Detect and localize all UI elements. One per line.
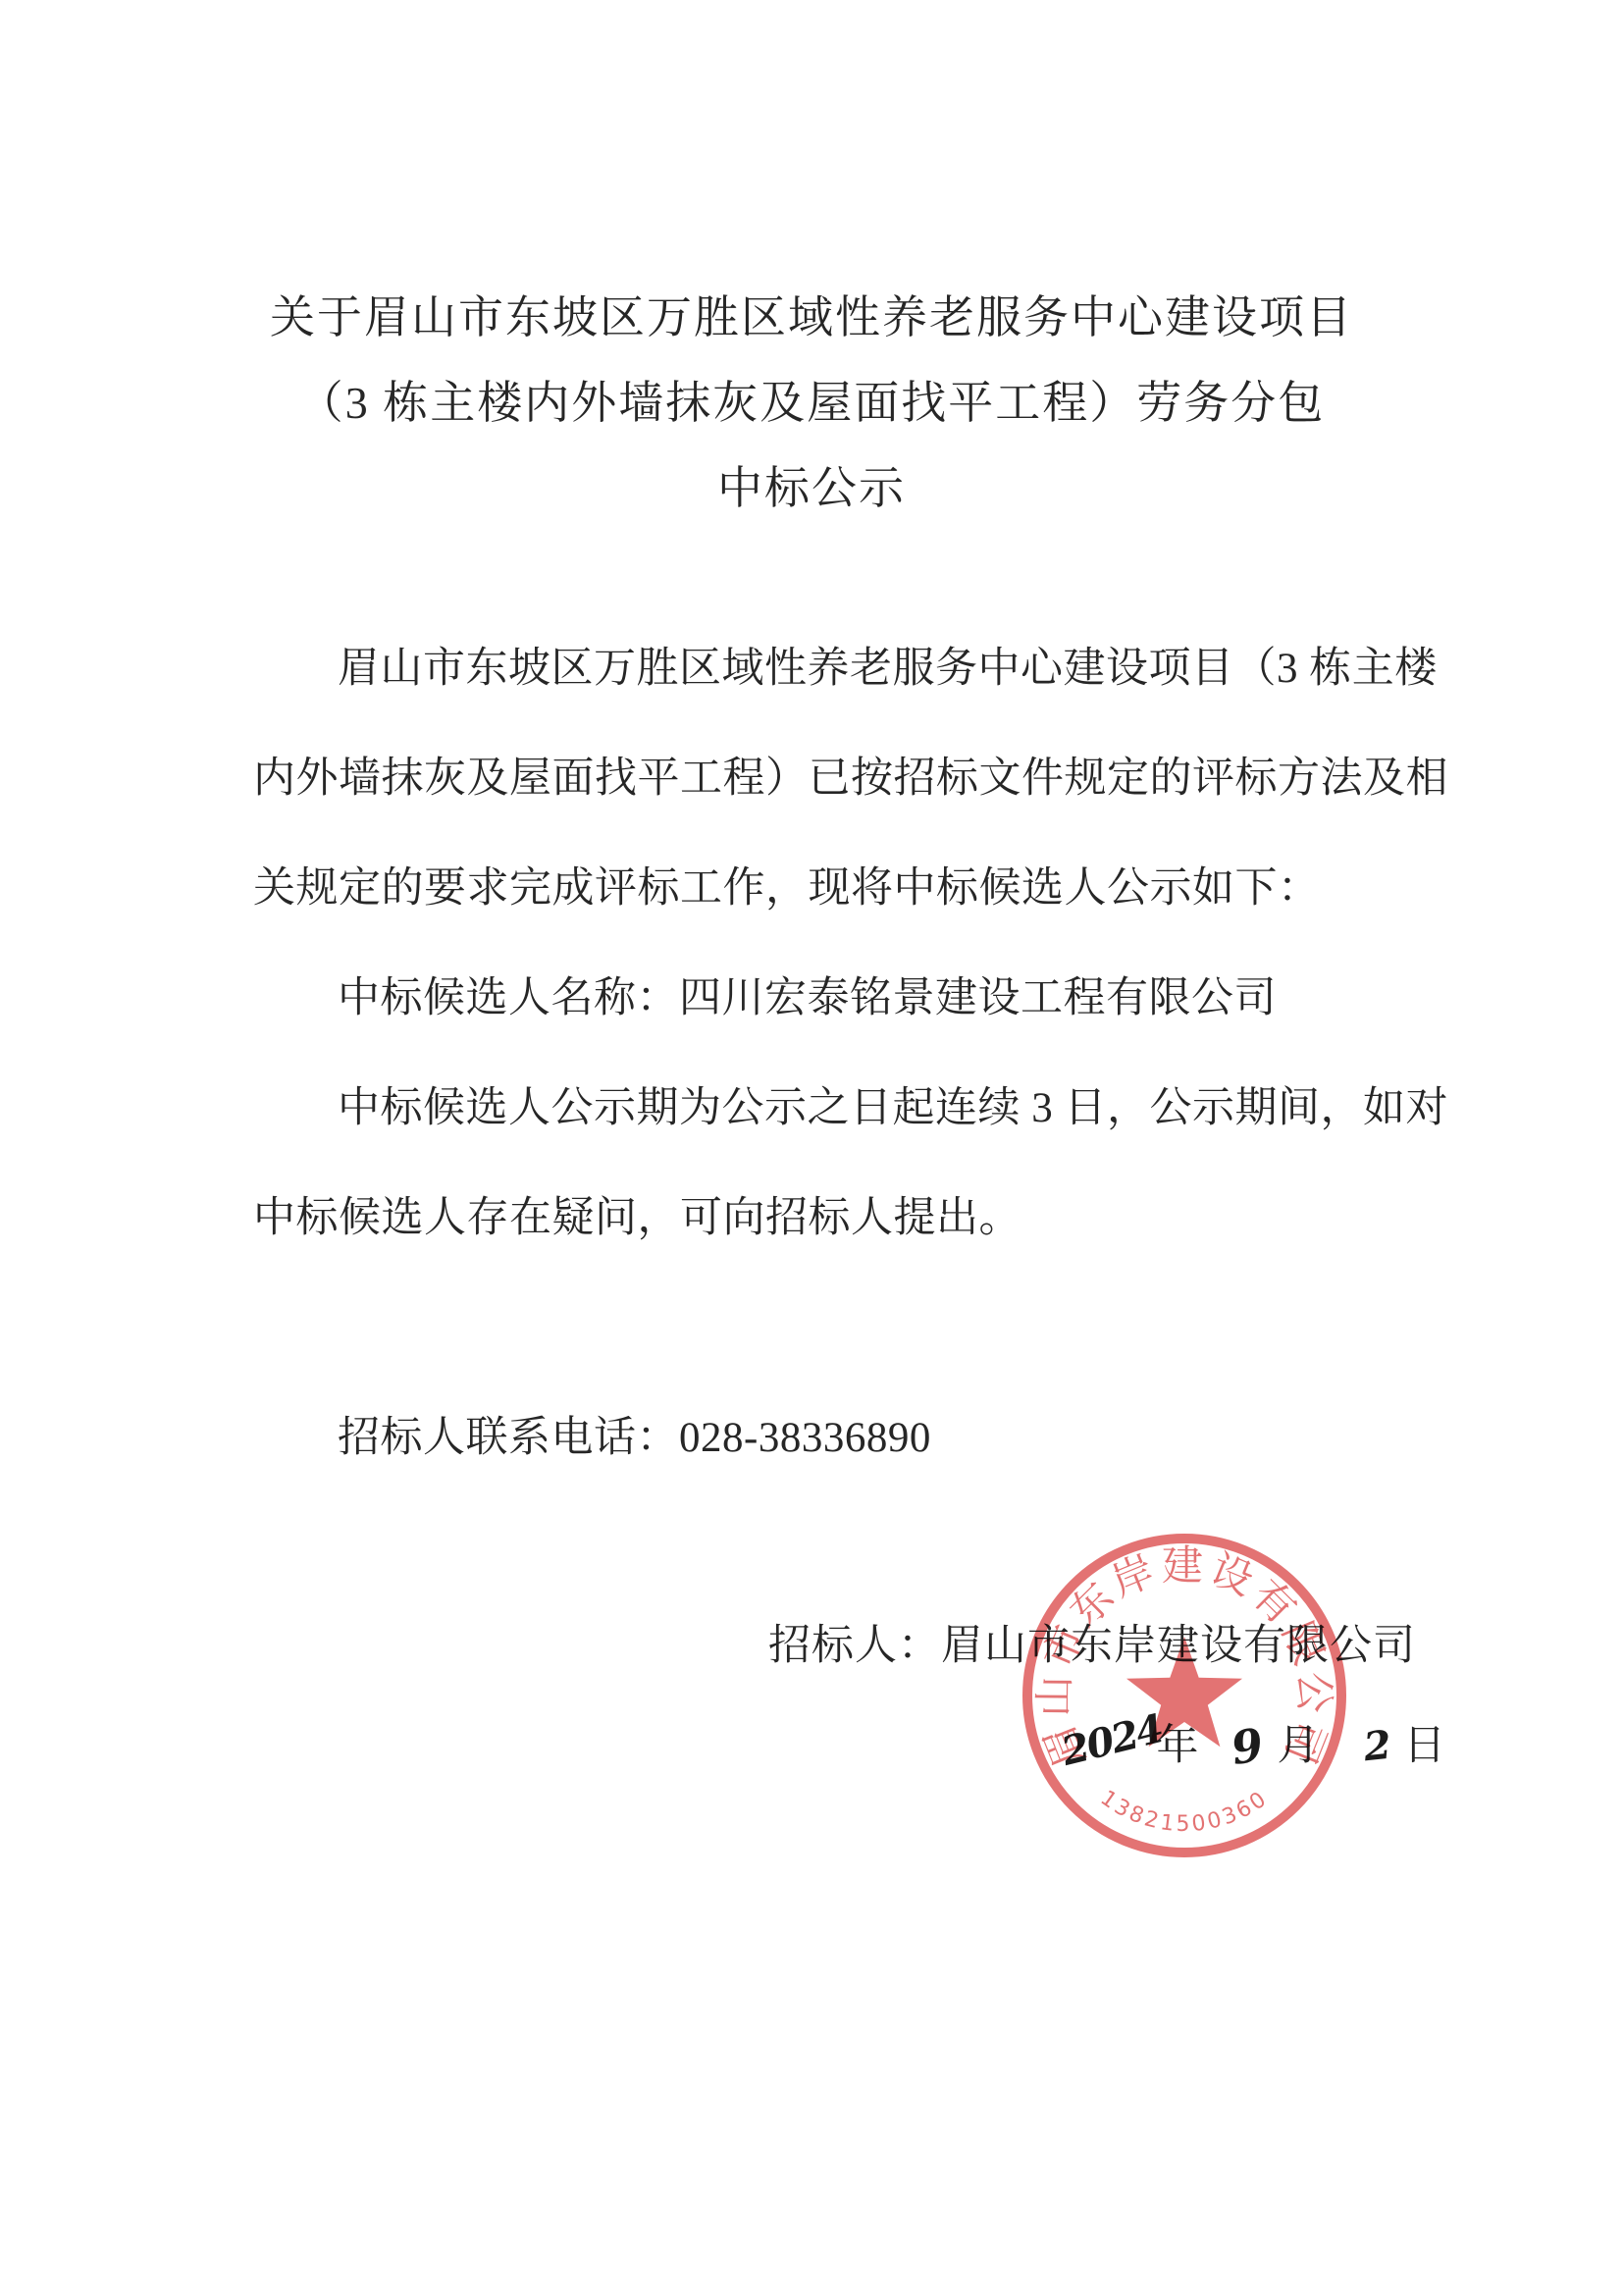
blank-line — [253, 1274, 1382, 1383]
seal-star-icon — [1126, 1637, 1242, 1747]
day-unit-label: 日 — [1403, 1719, 1445, 1774]
body-line: 内外墙抹灰及屋面找平工程）已按招标文件规定的评标方法及相 — [253, 724, 1382, 834]
title-line-1: 关于眉山市东坡区万胜区域性养老服务中心建设项目 — [0, 275, 1623, 360]
document-body: 眉山市东坡区万胜区域性养老服务中心建设项目（3 栋主楼 内外墙抹灰及屋面找平工程… — [253, 614, 1382, 1493]
body-line: 中标候选人公示期为公示之日起连续 3 日，公示期间，如对 — [253, 1054, 1382, 1164]
contact-phone-line: 招标人联系电话：028-38336890 — [253, 1383, 1382, 1493]
body-line: 中标候选人存在疑问，可向招标人提出。 — [253, 1164, 1382, 1274]
handwritten-day: 2 — [1361, 1718, 1394, 1776]
document-page: 关于眉山市东坡区万胜区域性养老服务中心建设项目 （3 栋主楼内外墙抹灰及屋面找平… — [0, 0, 1623, 2296]
title-line-3: 中标公示 — [0, 445, 1623, 531]
title-line-2: （3 栋主楼内外墙抹灰及屋面找平工程）劳务分包 — [0, 360, 1623, 445]
tenderer-label: 招标人： — [768, 1623, 941, 1669]
document-title: 关于眉山市东坡区万胜区域性养老服务中心建设项目 （3 栋主楼内外墙抹灰及屋面找平… — [0, 275, 1623, 531]
official-seal: 眉山市东岸建设有限公司 5138215003606 — [1018, 1529, 1351, 1862]
body-line: 眉山市东坡区万胜区域性养老服务中心建设项目（3 栋主楼 — [253, 614, 1382, 724]
body-line: 中标候选人名称：四川宏泰铭景建设工程有限公司 — [253, 944, 1382, 1054]
body-line: 关规定的要求完成评标工作，现将中标候选人公示如下： — [253, 834, 1382, 944]
